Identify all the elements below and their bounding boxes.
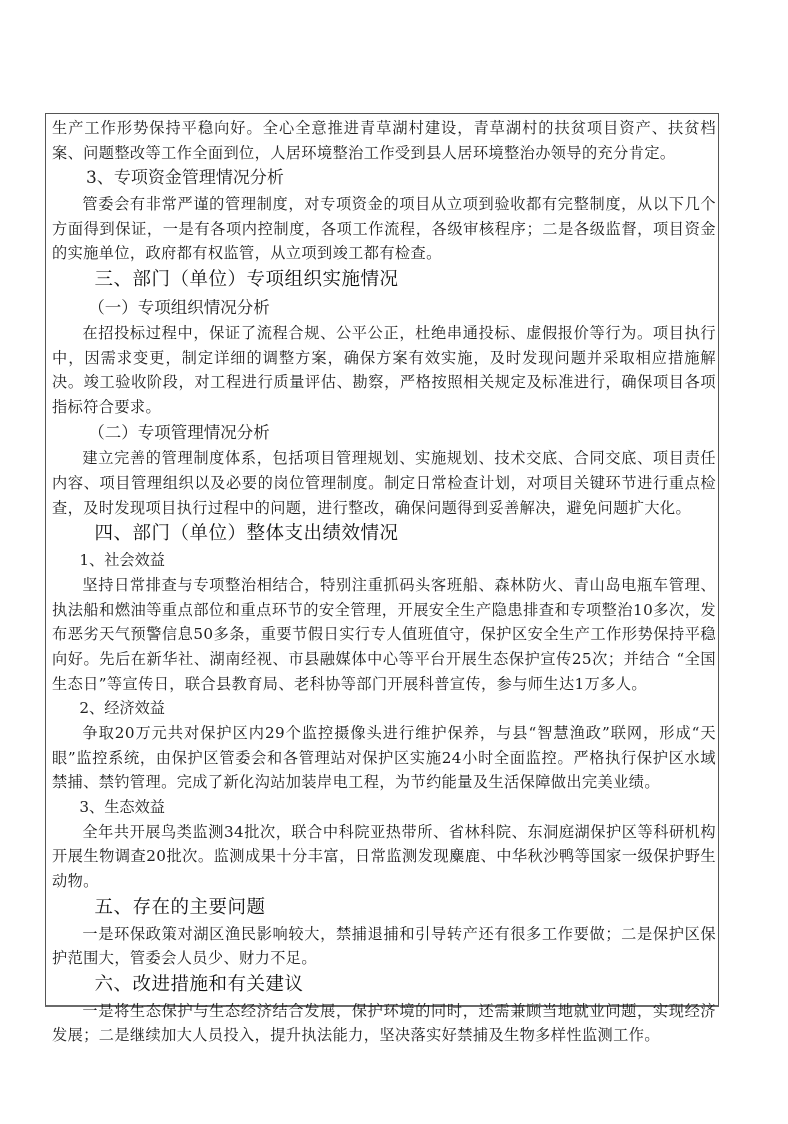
continuation-paragraph: 生产工作形势保持平稳向好。全心全意推进青草湖村建设，青草湖村的扶贫项目资产、扶贫… <box>52 116 716 165</box>
document-body: 生产工作形势保持平稳向好。全心全意推进青草湖村建设，青草湖村的扶贫项目资产、扶贫… <box>52 116 716 1048</box>
section-6-heading: 六、改进措施和有关建议 <box>52 971 716 999</box>
economic-benefit-paragraph: 争取20万元共对保护区内29个监控摄像头进行维护保养，与县“智慧渔政”联网，形成… <box>52 721 716 795</box>
social-benefit-heading: 1、社会效益 <box>52 548 716 573</box>
economic-benefit-heading: 2、经济效益 <box>52 696 716 721</box>
ecological-benefit-paragraph: 全年共开展鸟类监测34批次，联合中科院亚热带所、省林科院、东洞庭湖保护区等科研机… <box>52 820 716 894</box>
section-5-heading: 五、存在的主要问题 <box>52 894 716 922</box>
funds-management-heading: 3、专项资金管理情况分析 <box>52 165 716 192</box>
management-analysis-paragraph: 建立完善的管理制度体系，包括项目管理规划、实施规划、技术交底、合同交底、项目责任… <box>52 446 716 520</box>
social-benefit-paragraph: 坚持日常排查与专项整治相结合，特别注重抓码头客班船、森林防火、青山岛电瓶车管理、… <box>52 573 716 696</box>
organization-analysis-heading: （一）专项组织情况分析 <box>52 294 716 321</box>
section-3-heading: 三、部门（单位）专项组织实施情况 <box>52 266 716 294</box>
management-analysis-heading: （二）专项管理情况分析 <box>52 419 716 446</box>
organization-analysis-paragraph: 在招投标过程中，保证了流程合规、公平公正，杜绝串通投标、虚假报价等行为。项目执行… <box>52 321 716 419</box>
section-4-heading: 四、部门（单位）整体支出绩效情况 <box>52 520 716 548</box>
improvement-suggestions-paragraph: 一是将生态保护与生态经济结合发展，保护环境的同时，还需兼顾当地就业问题，实现经济… <box>52 999 716 1048</box>
ecological-benefit-heading: 3、生态效益 <box>52 795 716 820</box>
main-problems-paragraph: 一是环保政策对湖区渔民影响较大，禁捕退捕和引导转产还有很多工作要做；二是保护区保… <box>52 922 716 971</box>
funds-management-paragraph: 管委会有非常严谨的管理制度，对专项资金的项目从立项到验收都有完整制度，从以下几个… <box>52 192 716 266</box>
